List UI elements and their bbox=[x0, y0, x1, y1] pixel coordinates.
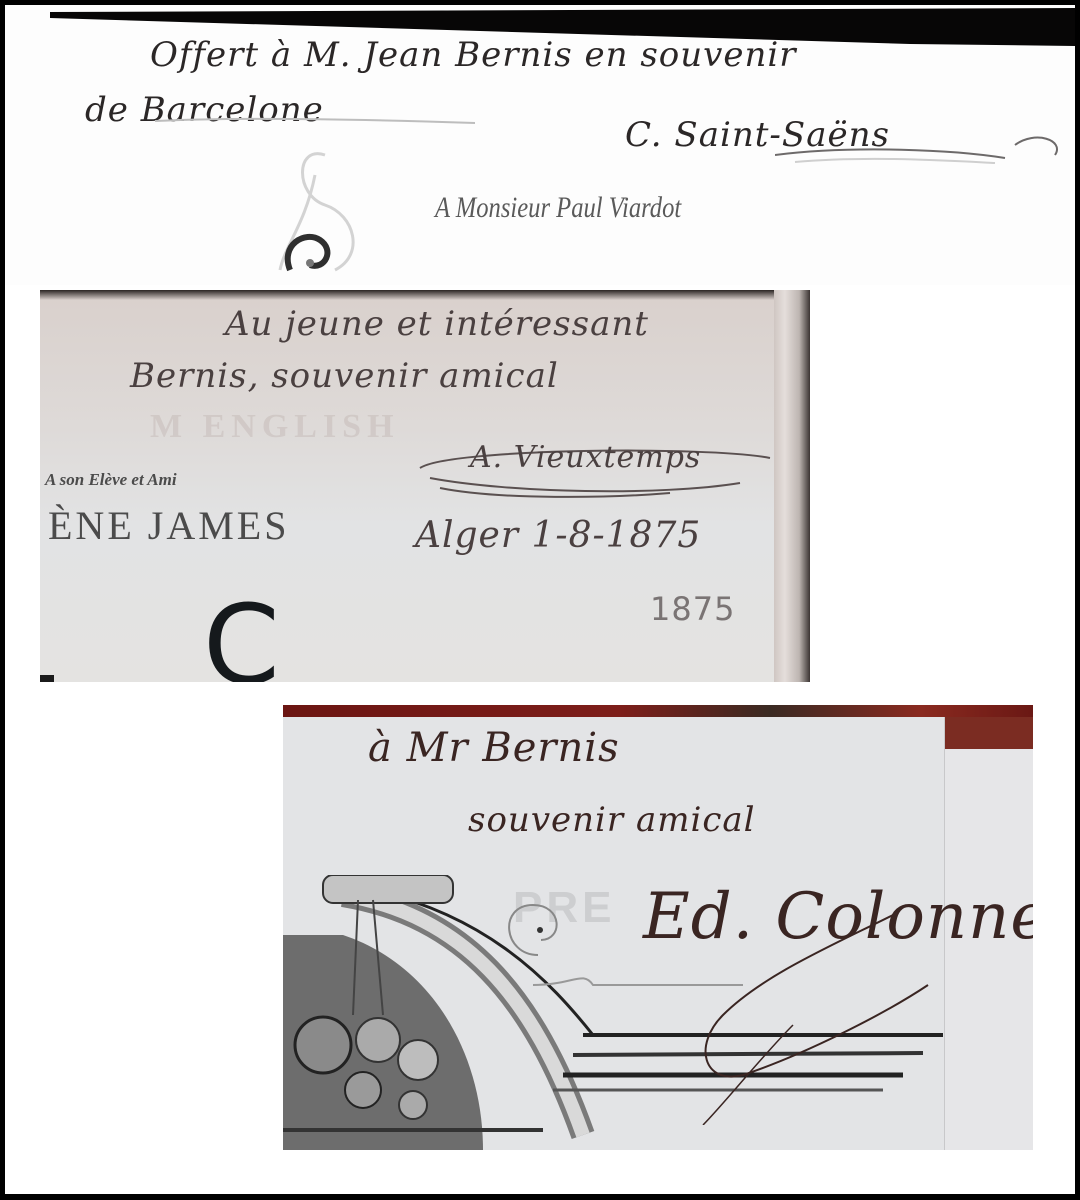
panel-saint-saens-dedication: Offert à M. Jean Bernis en souvenir de B… bbox=[5, 5, 1075, 285]
inscription-line-2: souvenir amical bbox=[468, 800, 756, 840]
inscription-line-1: Au jeune et intéressant bbox=[225, 304, 649, 344]
printed-fragment bbox=[40, 675, 54, 682]
red-cover-corner bbox=[945, 717, 1033, 749]
printed-name: ÈNE JAMES bbox=[48, 502, 289, 549]
inscription-line-2: Bernis, souvenir amical bbox=[130, 356, 559, 396]
pencil-year: 1875 bbox=[650, 590, 735, 628]
page-edge-shadow bbox=[40, 290, 810, 300]
panel-vieuxtemps-dedication: Au jeune et intéressant Bernis, souvenir… bbox=[40, 290, 810, 682]
place-date: Alger 1-8-1875 bbox=[415, 515, 701, 556]
printed-large-letter: C bbox=[203, 590, 280, 682]
signature-flourish bbox=[775, 130, 1065, 170]
inscription-line-1: à Mr Bernis bbox=[368, 725, 620, 771]
panel-colonne-dedication: à Mr Bernis souvenir amical PRE Ed. Colo bbox=[283, 705, 1033, 1150]
collage-frame: Offert à M. Jean Bernis en souvenir de B… bbox=[5, 5, 1075, 1194]
red-cover-edge bbox=[283, 705, 1033, 717]
inscription-line-1: Offert à M. Jean Bernis en souvenir bbox=[150, 35, 797, 75]
signature: A. Vieuxtemps bbox=[470, 440, 701, 475]
engraved-dedication: A Monsieur Paul Viardot bbox=[435, 191, 681, 225]
signature-flourish bbox=[683, 905, 943, 1125]
bleed-through-title: M ENGLISH bbox=[150, 408, 400, 446]
pen-stroke bbox=[155, 115, 475, 127]
printed-dedication: A son Elève et Ami bbox=[45, 470, 177, 490]
ornament-scroll-icon bbox=[255, 135, 395, 275]
